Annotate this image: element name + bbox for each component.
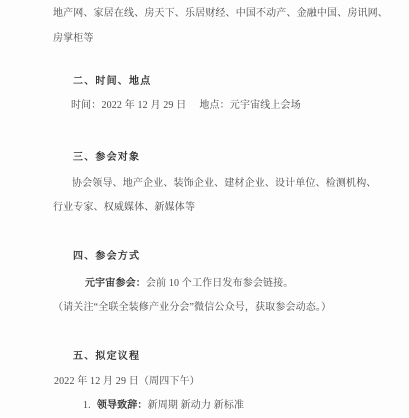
- agenda-item-1: 1.领导致辞：新周期 新动力 新标准: [83, 399, 244, 412]
- time-value: 时间：2022 年 12 月 29 日: [71, 100, 186, 111]
- section-heading-time-place: 二、时间、地点: [73, 75, 151, 88]
- document-page: 地产网、家居在线、房天下、乐居财经、中国不动产、金融中国、房讯网、 房掌柜等 二…: [0, 0, 409, 418]
- section-heading-method: 四、参会方式: [73, 250, 140, 263]
- section-heading-attendees: 三、参会对象: [73, 151, 140, 164]
- method-note-line: （请关注“全联全装修产业分会”微信公众号，获取参会动态。）: [53, 301, 331, 314]
- intro-paragraph-line-1: 地产网、家居在线、房天下、乐居财经、中国不动产、金融中国、房讯网、: [53, 7, 388, 20]
- time-place-line: 时间：2022 年 12 月 29 日地点：元宇宙线上会场: [71, 99, 301, 112]
- method-line: 元宇宙参会：会前 10 个工作日发布参会链接。: [85, 277, 293, 290]
- agenda-item-label: 领导致辞：: [97, 400, 148, 411]
- agenda-item-text: 新周期 新动力 新标准: [148, 400, 245, 411]
- section-heading-agenda: 五、拟定议程: [73, 350, 140, 363]
- method-label: 元宇宙参会：: [85, 278, 146, 289]
- method-text: 会前 10 个工作日发布参会链接。: [146, 278, 294, 289]
- attendees-line-2: 行业专家、权威媒体、新媒体等: [53, 201, 195, 214]
- intro-paragraph-line-2: 房掌柜等: [53, 32, 94, 45]
- attendees-line-1: 协会领导、地产企业、装饰企业、建材企业、设计单位、检测机构、: [72, 177, 377, 190]
- place-value: 地点：元宇宙线上会场: [199, 100, 301, 111]
- agenda-date-line: 2022 年 12 月 29 日（周四下午）: [54, 375, 200, 388]
- agenda-item-number: 1.: [83, 400, 91, 411]
